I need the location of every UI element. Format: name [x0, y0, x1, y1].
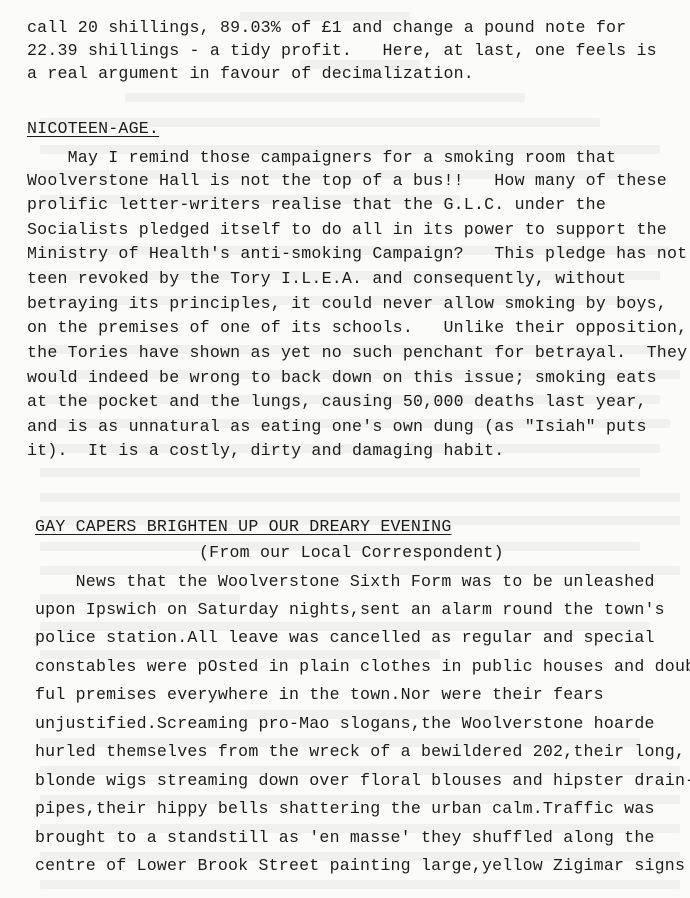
text-line: a real argument in favour of decimalizat… [27, 64, 474, 84]
text-line: at the pocket and the lungs, causing 50,… [27, 392, 647, 412]
text-line: would indeed be wrong to back down on th… [27, 368, 657, 388]
section-heading-text: GAY CAPERS BRIGHTEN UP OUR DREARY EVENIN… [35, 517, 451, 536]
text-line: Woolverstone Hall is not the top of a bu… [27, 171, 667, 191]
text-line: pipes,their hippy bells shattering the u… [35, 799, 655, 819]
text-line: call 20 shillings, 89.03% of £1 and chan… [27, 18, 626, 38]
section-heading-text: NICOTEEN-AGE. [27, 119, 177, 138]
text-line: centre of Lower Brook Street painting la… [35, 856, 685, 876]
text-line: brought to a standstill as 'en masse' th… [35, 828, 655, 848]
text-line: Ministry of Health's anti-smoking Campai… [27, 244, 687, 264]
text-line: constables were pOsted in plain clothes … [35, 657, 690, 677]
text-line: Socialists pledged itself to do all in i… [27, 220, 667, 240]
document-page: call 20 shillings, 89.03% of £1 and chan… [0, 0, 690, 898]
text-line: May I remind those campaigners for a smo… [27, 148, 616, 168]
text-line: and is as unnatural as eating one's own … [27, 417, 647, 437]
text-line: blonde wigs streaming down over floral b… [35, 771, 690, 791]
text-line: it). It is a costly, dirty and damaging … [27, 441, 504, 461]
text-line: 22.39 shillings - a tidy profit. Here, a… [27, 41, 657, 61]
text-line: police station.All leave was cancelled a… [35, 628, 655, 648]
byline: (From our Local Correspondent) [199, 543, 504, 563]
text-line: News that the Woolverstone Sixth Form wa… [35, 572, 655, 592]
text-line: prolific letter-writers realise that the… [27, 195, 606, 215]
text-line: teen revoked by the Tory I.L.E.A. and co… [27, 269, 626, 289]
text-line: betraying its principles, it could never… [27, 294, 667, 314]
section-heading: GAY CAPERS BRIGHTEN UP OUR DREARY EVENIN… [35, 517, 451, 537]
text-line: on the premises of one of its schools. U… [27, 318, 687, 338]
text-line: hurled themselves from the wreck of a be… [35, 742, 685, 762]
text-line: upon Ipswich on Saturday nights,sent an … [35, 600, 665, 620]
section-heading: NICOTEEN-AGE. [27, 119, 177, 139]
text-line: ful premises everywhere in the town.Nor … [35, 685, 604, 705]
text-line: unjustified.Screaming pro-Mao slogans,th… [35, 714, 655, 734]
text-line: the Tories have shown as yet no such pen… [27, 343, 687, 363]
